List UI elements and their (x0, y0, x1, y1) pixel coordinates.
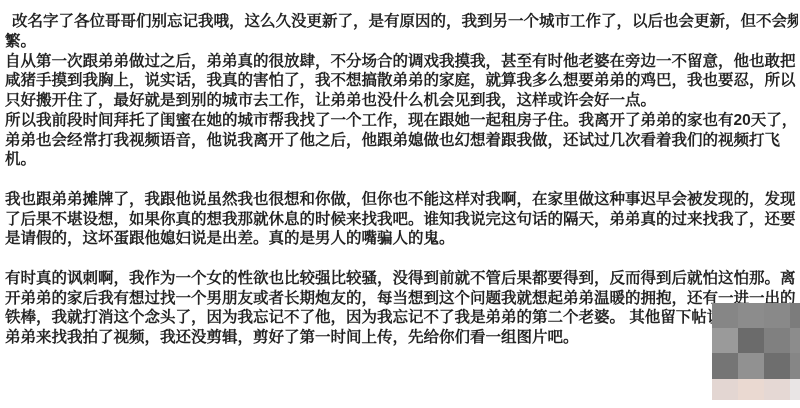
mosaic-cell (712, 379, 738, 400)
censor-mosaic (712, 303, 800, 400)
text-line: 改名字了各位哥哥们别忘记我哦，这么久没更新了，是有原因的，我到另一个城市工作了，… (5, 12, 798, 32)
mosaic-cell (738, 328, 764, 353)
mosaic-cell (790, 303, 800, 328)
mosaic-cell (790, 379, 800, 400)
mosaic-cell (712, 328, 738, 353)
mosaic-cell (738, 379, 764, 400)
text-line: 开弟弟的家后我有想过找一个男朋友或者长期炮友的，每当想到这个问题我就想起弟弟温暖… (5, 289, 798, 309)
text-line: 是请假的，这坏蛋跟他媳妇说是出差。真的是男人的嘴骗人的鬼。 (5, 229, 798, 249)
text-line: 所以我前段时间拜托了闺蜜在她的城市帮我找了一个工作，现在跟她一起租房子住。我离开… (5, 111, 798, 131)
text-line: 了后果不堪设想，如果你真的想我那就休息的时候来找我吧。谁知我说完这句话的隔天，弟… (5, 210, 798, 230)
mosaic-cell (764, 379, 790, 400)
mosaic-cell (764, 303, 790, 328)
paragraph: 自从第一次跟弟弟做过之后，弟弟真的很放肆，不分场合的调戏我摸我，甚至有时他老婆在… (5, 52, 798, 111)
text-line: 弟弟也会经常打我视频语音，他说我离开了他之后，他跟弟媳做也幻想着跟我做，还试过几… (5, 131, 798, 151)
paragraph: 所以我前段时间拜托了闺蜜在她的城市帮我找了一个工作，现在跟她一起租房子住。我离开… (5, 111, 798, 170)
mosaic-cell (790, 328, 800, 353)
text-line: 机。 (5, 150, 798, 170)
mosaic-cell (712, 353, 738, 379)
text-line: 有时真的讽刺啊，我作为一个女的性欲也比较强比较骚，没得到前就不管后果都要得到，反… (5, 269, 798, 289)
text-line: 自从第一次跟弟弟做过之后，弟弟真的很放肆，不分场合的调戏我摸我，甚至有时他老婆在… (5, 52, 798, 72)
paragraph: 有时真的讽刺啊，我作为一个女的性欲也比较强比较骚，没得到前就不管后果都要得到，反… (5, 269, 798, 348)
mosaic-cell (764, 353, 790, 379)
text-line: 弟弟来找我拍了视频，我还没剪辑，剪好了第一时间上传，先给你们看一组图片吧。 (5, 328, 798, 348)
text-line: 我也跟弟弟摊牌了，我跟他说虽然我也很想和你做，但你也不能这样对我啊，在家里做这种… (5, 190, 798, 210)
mosaic-cell (738, 303, 764, 328)
mosaic-cell (764, 328, 790, 353)
text-line: 只好搬开住了，最好就是到别的城市去工作，让弟弟也没什么机会见到我，这样或许会好一… (5, 91, 798, 111)
text-line: 咸猪手摸到我胸上，说实话，我真的害怕了，我不想搞散弟弟的家庭，就算我多么想要弟弟… (5, 71, 798, 91)
mosaic-cell (738, 353, 764, 379)
paragraph: 改名字了各位哥哥们别忘记我哦，这么久没更新了，是有原因的，我到另一个城市工作了，… (5, 12, 798, 52)
text-line: 繁。 (5, 32, 798, 52)
text-line: 铁棒，我就打消这个念头了，因为我忘记不了他，因为我忘记不了我是弟弟的第二个老婆。… (5, 308, 798, 328)
mosaic-cell (712, 303, 738, 328)
mosaic-cell (790, 353, 800, 379)
text-document: 改名字了各位哥哥们别忘记我哦，这么久没更新了，是有原因的，我到另一个城市工作了，… (5, 12, 798, 348)
paragraph: 我也跟弟弟摊牌了，我跟他说虽然我也很想和你做，但你也不能这样对我啊，在家里做这种… (5, 190, 798, 249)
